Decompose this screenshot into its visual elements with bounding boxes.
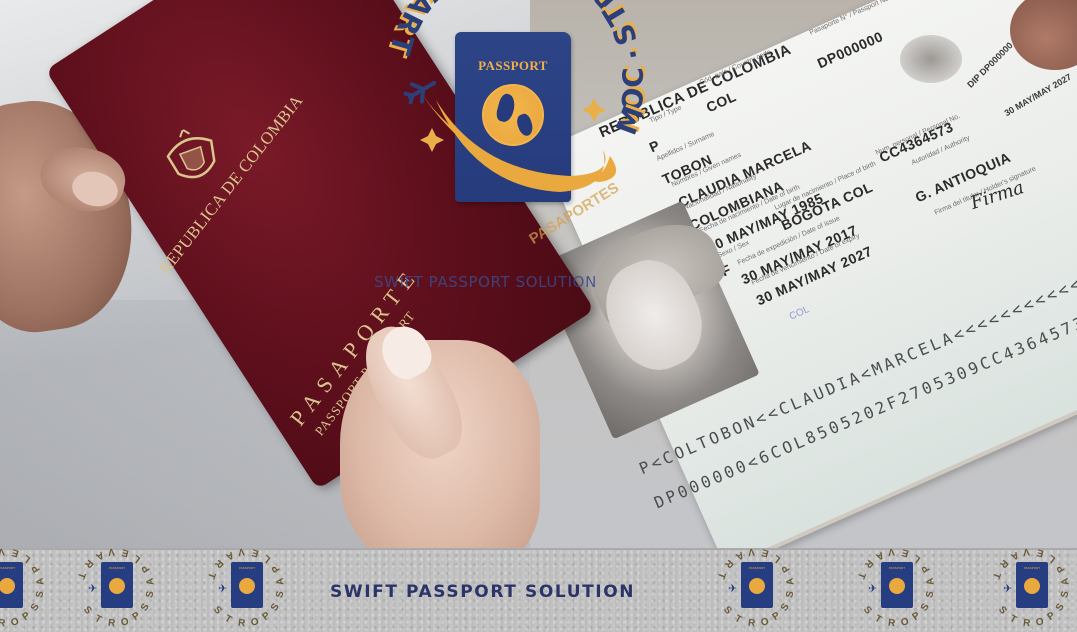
mini-ring-letter: S xyxy=(779,601,792,613)
mini-ring-letter: P xyxy=(140,563,153,574)
mini-ring-letter: S xyxy=(35,590,47,599)
mini-passport-icon: PASSPORT xyxy=(0,562,23,608)
mini-ring-letter: A xyxy=(1060,577,1072,586)
mini-ring-letter: T xyxy=(873,613,884,626)
mini-ring-letter: S xyxy=(81,605,94,617)
mini-plane-icon: ✈ xyxy=(88,582,97,595)
mini-ring-letter: S xyxy=(785,590,797,599)
mini-ring-letter: R xyxy=(237,617,246,629)
mini-ring-letter: P xyxy=(30,563,43,574)
mini-globe-icon xyxy=(749,578,765,594)
mini-globe-icon xyxy=(1024,578,1040,594)
mini-ring-letter: P xyxy=(780,563,793,574)
mini-ring-letter: E xyxy=(1035,547,1044,559)
footer-mini-logo: PASSPORT✈TRAVELPASSPORTS xyxy=(985,552,1077,630)
mini-ring-letter: S xyxy=(269,601,282,613)
mini-passport-icon: PASSPORT xyxy=(101,562,133,608)
footer-title: SWIFT PASSPORT SOLUTION xyxy=(330,582,635,602)
mini-ring-letter: S xyxy=(1054,601,1067,613)
mini-globe-icon xyxy=(0,578,15,594)
mini-ring-letter: S xyxy=(996,605,1009,617)
mini-ring-letter: S xyxy=(29,601,42,613)
mini-ring-letter: T xyxy=(75,570,87,580)
mini-ring-letter: S xyxy=(275,590,287,599)
hero-photo: REPÚBLICA DE COLOMBIA Tipo / Type P Cód.… xyxy=(0,0,1077,548)
mini-ring-letter: R xyxy=(747,617,756,629)
mini-ring-letter: P xyxy=(1055,563,1068,574)
mini-ring-letter: O xyxy=(10,616,20,629)
mini-ring-letter: O xyxy=(900,616,910,629)
mini-ring-letter: P xyxy=(270,563,283,574)
mini-ring-letter: R xyxy=(212,557,225,570)
mini-ring-letter: S xyxy=(1060,590,1072,599)
mini-ring-letter: P xyxy=(1045,610,1057,623)
mini-ring-letter: R xyxy=(862,557,875,570)
mini-globe-icon xyxy=(889,578,905,594)
mini-ring-letter: R xyxy=(1022,617,1031,629)
mini-ring-letter: E xyxy=(10,547,19,559)
mini-passport-label: PASSPORT xyxy=(881,566,913,570)
mini-ring-letter: P xyxy=(920,563,933,574)
footer-mini-logo: PASSPORT✈TRAVELPASSPORTS xyxy=(710,552,802,630)
mini-ring-letter: P xyxy=(770,610,782,623)
mini-ring-letter: A xyxy=(35,577,47,586)
mini-ring-letter: E xyxy=(760,547,769,559)
mini-ring-letter: T xyxy=(855,570,867,580)
mini-ring-letter: A xyxy=(275,577,287,586)
mini-ring-letter: O xyxy=(760,616,770,629)
mini-ring-letter: S xyxy=(919,601,932,613)
mini-passport-label: PASSPORT xyxy=(741,566,773,570)
mini-ring-letter: E xyxy=(900,547,909,559)
mini-ring-letter: S xyxy=(139,601,152,613)
mini-ring-letter: P xyxy=(20,610,32,623)
mini-ring-letter: A xyxy=(145,577,157,586)
mini-ring-letter: S xyxy=(211,605,224,617)
mini-ring-letter: O xyxy=(120,616,130,629)
mini-ring-letter: S xyxy=(721,605,734,617)
mini-passport-icon: PASSPORT xyxy=(881,562,913,608)
mini-ring-letter: E xyxy=(120,547,129,559)
mini-passport-icon: PASSPORT xyxy=(1016,562,1048,608)
mini-ring-letter: T xyxy=(93,613,104,626)
mini-ring-letter: R xyxy=(722,557,735,570)
mini-passport-label: PASSPORT xyxy=(1016,566,1048,570)
mini-ring-letter: S xyxy=(925,590,937,599)
footer-mini-logo: PASSPORT✈TRAVELPASSPORTS xyxy=(70,552,162,630)
mini-ring-letter: R xyxy=(997,557,1010,570)
footer-mini-logo: PASSPORT✈TRAVELPASSPORTS xyxy=(0,552,52,630)
mini-ring-letter: R xyxy=(107,617,116,629)
mini-passport-label: PASSPORT xyxy=(0,566,23,570)
mini-ring-letter: R xyxy=(82,557,95,570)
mini-ring-letter: S xyxy=(145,590,157,599)
mini-ring-letter: A xyxy=(785,577,797,586)
mini-ring-letter: E xyxy=(250,547,259,559)
mini-ring-letter: O xyxy=(250,616,260,629)
mini-ring-letter: P xyxy=(910,610,922,623)
mini-ring-letter: P xyxy=(260,610,272,623)
mini-ring-letter: O xyxy=(1035,616,1045,629)
mini-passport-icon: PASSPORT xyxy=(741,562,773,608)
mini-globe-icon xyxy=(239,578,255,594)
mini-plane-icon: ✈ xyxy=(218,582,227,595)
mini-ring-letter: T xyxy=(733,613,744,626)
mini-ring-letter: T xyxy=(223,613,234,626)
mini-ring-letter: T xyxy=(1008,613,1019,626)
tagline-overlay: SWIFT PASSPORT SOLUTION xyxy=(374,273,597,291)
mini-ring-letter: T xyxy=(990,570,1002,580)
mini-ring-letter: R xyxy=(887,617,896,629)
mini-plane-icon: ✈ xyxy=(868,582,877,595)
mini-passport-label: PASSPORT xyxy=(101,566,133,570)
mini-ring-letter: T xyxy=(205,570,217,580)
footer-mini-logo: PASSPORT✈TRAVELPASSPORTS xyxy=(850,552,942,630)
mini-passport-label: PASSPORT xyxy=(231,566,263,570)
mini-plane-icon: ✈ xyxy=(1003,582,1012,595)
mini-ring-letter: T xyxy=(715,570,727,580)
mini-passport-icon: PASSPORT xyxy=(231,562,263,608)
mini-ring-letter: A xyxy=(925,577,937,586)
mini-ring-letter: S xyxy=(861,605,874,617)
mini-plane-icon: ✈ xyxy=(728,582,737,595)
footer-mini-logo: PASSPORT✈TRAVELPASSPORTS xyxy=(200,552,292,630)
mini-ring-letter: R xyxy=(0,617,5,629)
mini-globe-icon xyxy=(109,578,125,594)
mini-ring-letter: P xyxy=(130,610,142,623)
